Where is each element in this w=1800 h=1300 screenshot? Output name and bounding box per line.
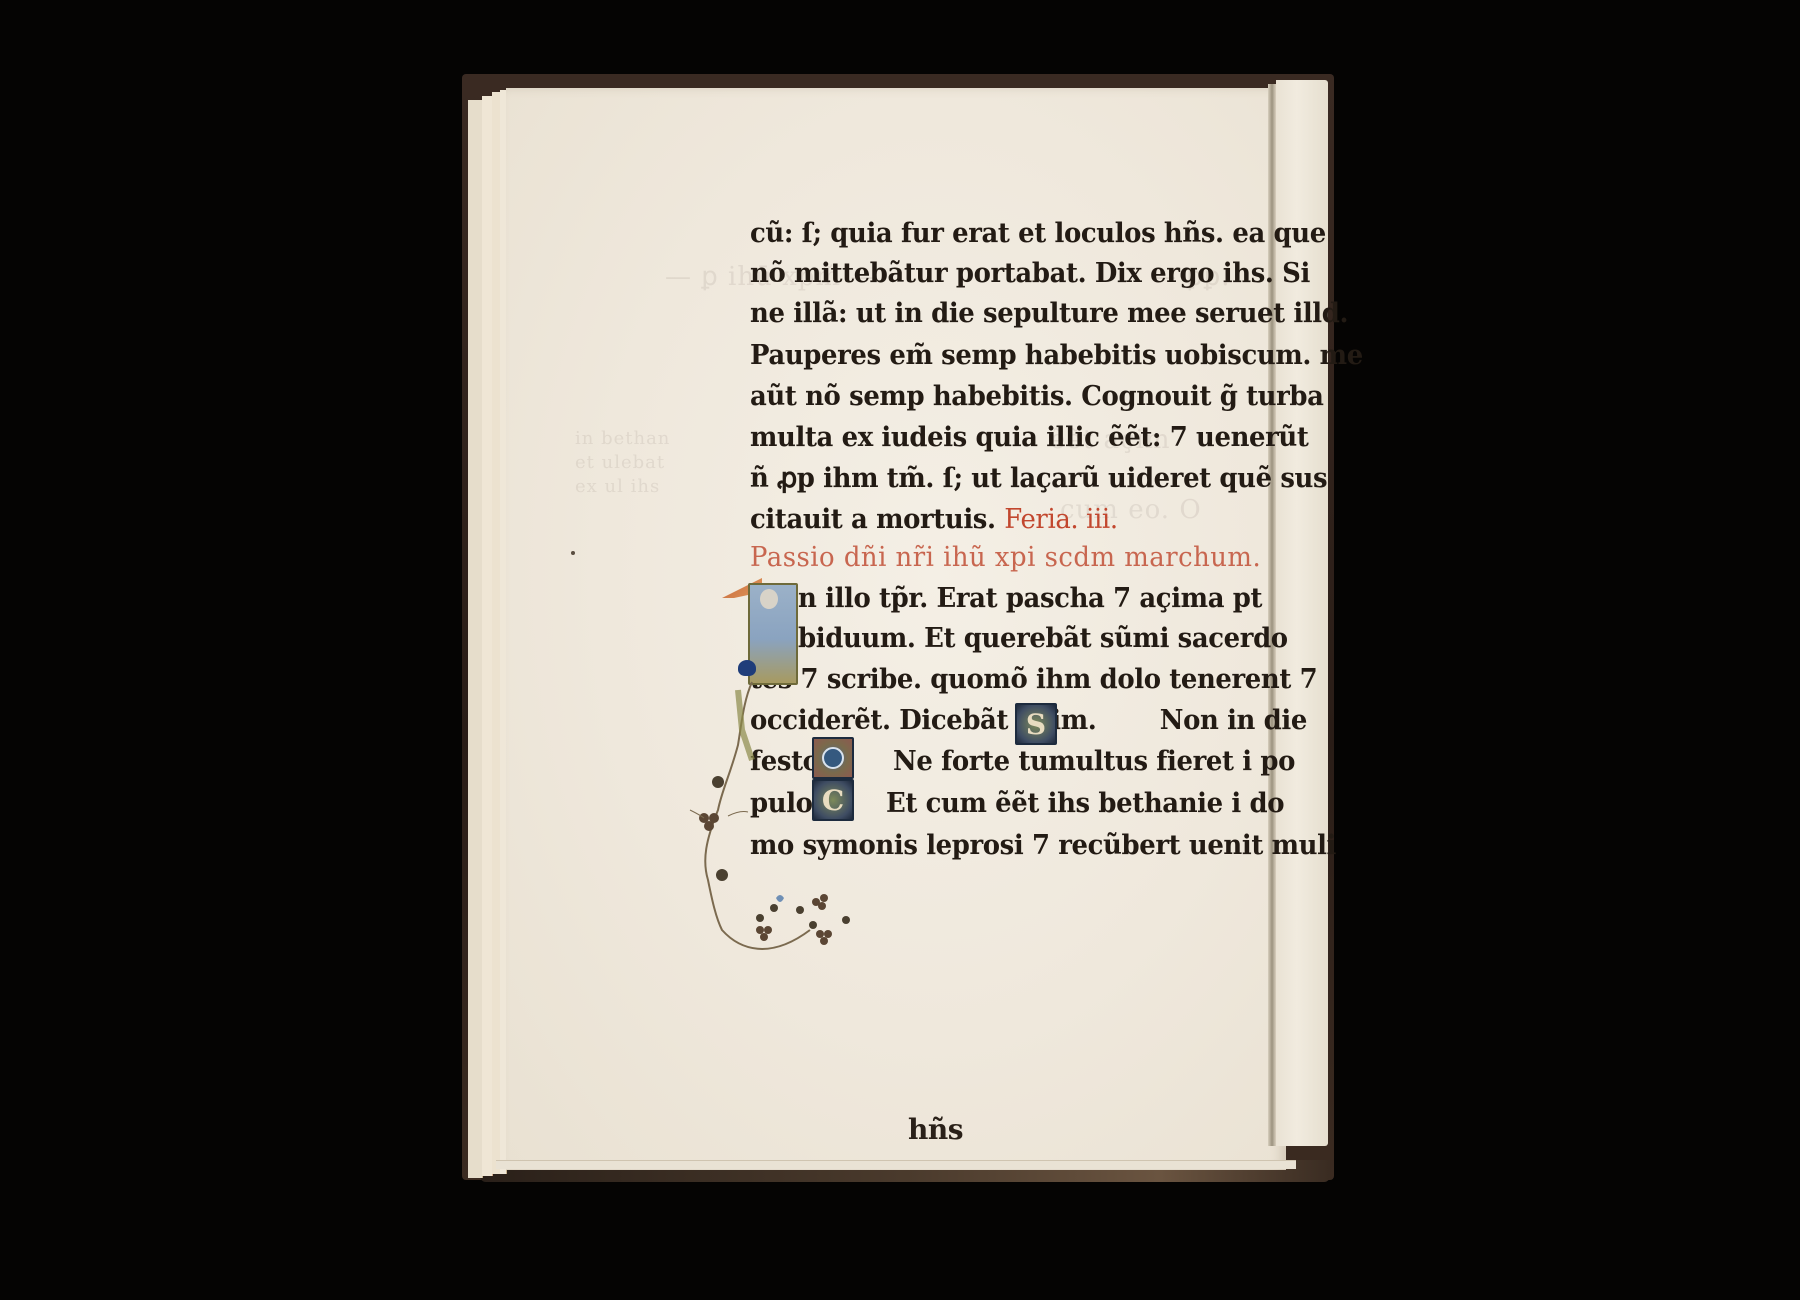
- rubric-feria: Feria. iii.: [1004, 504, 1117, 535]
- rubric-line: Passio dñi nr̃i ihũ xpi scdm marchum.: [750, 542, 1261, 573]
- text-line: mo symonis leprosi 7 recũbert uenit muli: [750, 830, 1336, 861]
- text-line: cũ: ſ; quia fur erat et loculos hñs. ea …: [750, 218, 1326, 249]
- figure-head-icon: [760, 589, 778, 609]
- show-through-text: et ulebat: [575, 452, 665, 473]
- text-line: aũt nõ semp habebitis. Cognouit g̃ turba: [750, 381, 1324, 412]
- rosette-icon: [822, 747, 844, 769]
- catchword: hñs: [908, 1113, 963, 1146]
- text-line-continuation: Non in die: [1160, 705, 1307, 736]
- page-edge-stack: [468, 100, 483, 1178]
- illuminated-initial-c: [812, 737, 854, 779]
- leaf-lower-edge: [496, 1160, 1296, 1169]
- text-line-continuation: Et cum ẽẽt ihs bethanie i do: [886, 788, 1284, 819]
- text-line-body: pulo.: [750, 788, 821, 819]
- text-line: n illo tp̃r. Erat pascha 7 açima pt: [798, 583, 1262, 614]
- text-line: ñ ꝓp ihm tm̃. ſ; ut laçarũ uideret quẽ s…: [750, 463, 1327, 494]
- illuminated-initial-c: C: [812, 779, 854, 821]
- text-line-body: citauit a mortuis.: [750, 504, 996, 535]
- text-line: citauit a mortuis. Feria. iii.: [750, 504, 1118, 535]
- illuminated-initial-s: S: [1015, 703, 1057, 745]
- text-line-continuation: Ne forte tumultus fieret i po: [893, 746, 1295, 777]
- show-through-text: in bethan: [575, 428, 670, 449]
- text-line: nõ mittebãtur portabat. Dix ergo ihs. Si: [750, 258, 1310, 289]
- ink-speck: [571, 551, 575, 555]
- initial-letter: S: [1026, 708, 1046, 741]
- text-line: ne illã: ut in die sepulture mee seruet …: [750, 298, 1348, 329]
- text-line: Pauperes em̃ semp habebitis uobiscum. me: [750, 340, 1363, 371]
- initial-letter: C: [822, 784, 844, 817]
- bird-icon: [738, 660, 756, 676]
- text-line: biduum. Et querebãt sũmi sacerdo: [798, 623, 1288, 654]
- text-line: multa ex iudeis quia illic ẽẽt: 7 uenerũ…: [750, 422, 1308, 453]
- show-through-text: ex ul ihs: [575, 476, 660, 497]
- text-line: tes 7 scribe. quomõ ihm dolo tenerent 7: [750, 664, 1317, 695]
- manuscript-photograph: — ꝑ ihū xpm̃ — — ꝑꝑ. in bethan et ulebat…: [0, 0, 1800, 1300]
